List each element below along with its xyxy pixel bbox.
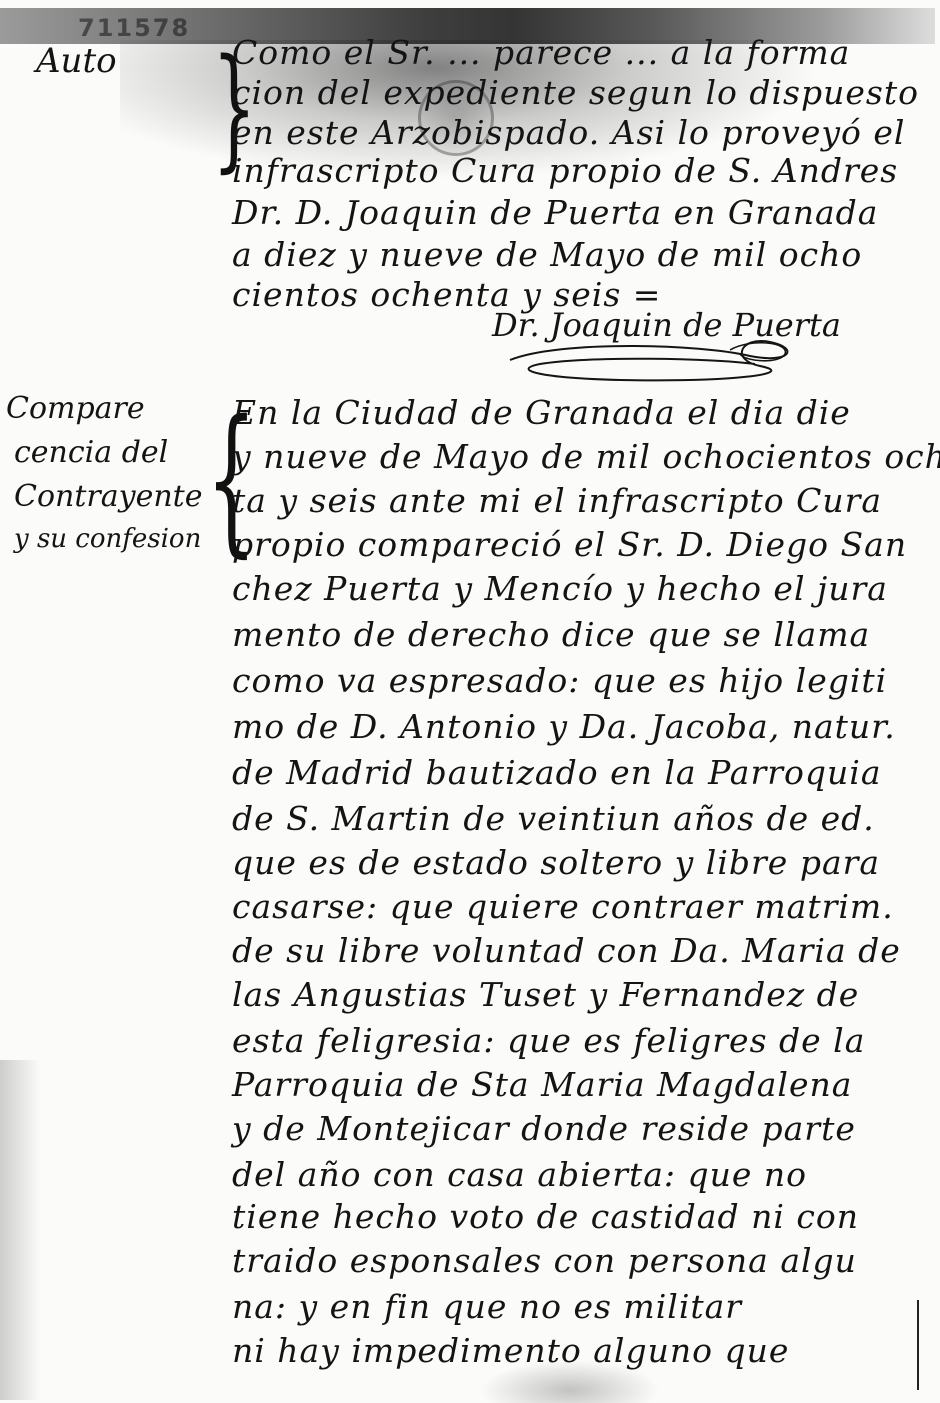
body-line-13: de su libre voluntad con Da. Maria de <box>232 934 901 967</box>
body-line-6: mento de derecho dice que se llama <box>232 618 870 651</box>
body-line-11: que es de estado soltero y libre para <box>232 846 880 879</box>
body-line-1: En la Ciudad de Granada el dia die <box>232 396 851 429</box>
auto-line-1: Como el Sr. ... parece ... a la forma <box>232 36 850 69</box>
auto-line-3: en este Arzobispado. Asi lo proveyó el <box>232 116 905 149</box>
body-line-19: tiene hecho voto de castidad ni con <box>232 1200 859 1233</box>
auto-line-4: infrascripto Cura propio de S. Andres <box>232 154 898 187</box>
margin-label-line-3: Contrayente <box>14 482 202 512</box>
margin-label-line-2: cencia del <box>14 438 168 468</box>
margin-label-line-4: y su confesion <box>14 526 201 552</box>
signature-rubric-icon <box>500 330 820 386</box>
page-edge-line <box>917 1300 919 1390</box>
body-line-12: casarse: que quiere contraer matrim. <box>232 890 894 923</box>
body-line-21: na: y en fin que no es militar <box>232 1290 742 1323</box>
body-line-14: las Angustias Tuset y Fernandez de <box>232 978 859 1011</box>
auto-line-2: cion del expediente segun lo dispuesto <box>232 76 919 109</box>
scan-noise <box>0 1060 40 1400</box>
body-line-2: y nueve de Mayo de mil ochocientos och <box>232 440 940 473</box>
auto-line-6: a diez y nueve de Mayo de mil ocho <box>232 238 862 271</box>
body-line-9: de Madrid bautizado en la Parroquia <box>232 756 882 789</box>
body-line-7: como va espresado: que es hijo legiti <box>232 664 887 697</box>
body-line-22: ni hay impedimento alguno que <box>232 1334 789 1367</box>
margin-label-auto: Auto <box>36 44 117 78</box>
body-line-15: esta feligresia: que es feligres de la <box>232 1024 865 1057</box>
body-line-4: propio compareció el Sr. D. Diego San <box>232 528 907 561</box>
body-line-10: de S. Martin de veintiun años de ed. <box>232 802 875 835</box>
body-line-8: mo de D. Antonio y Da. Jacoba, natur. <box>232 710 896 743</box>
body-line-17: y de Montejicar donde reside parte <box>232 1112 856 1145</box>
document-page: 711578 Auto } Como el Sr. ... parece ...… <box>0 0 940 1403</box>
body-line-18: del año con casa abierta: que no <box>232 1158 807 1191</box>
body-line-16: Parroquia de Sta Maria Magdalena <box>232 1068 852 1101</box>
margin-label-line-1: Compare <box>6 394 145 424</box>
reference-number: 711578 <box>78 14 190 42</box>
body-line-5: chez Puerta y Mencío y hecho el jura <box>232 572 888 605</box>
auto-line-5: Dr. D. Joaquin de Puerta en Granada <box>232 196 878 229</box>
body-line-3: ta y seis ante mi el infrascripto Cura <box>232 484 882 517</box>
body-line-20: traido esponsales con persona algu <box>232 1244 857 1277</box>
